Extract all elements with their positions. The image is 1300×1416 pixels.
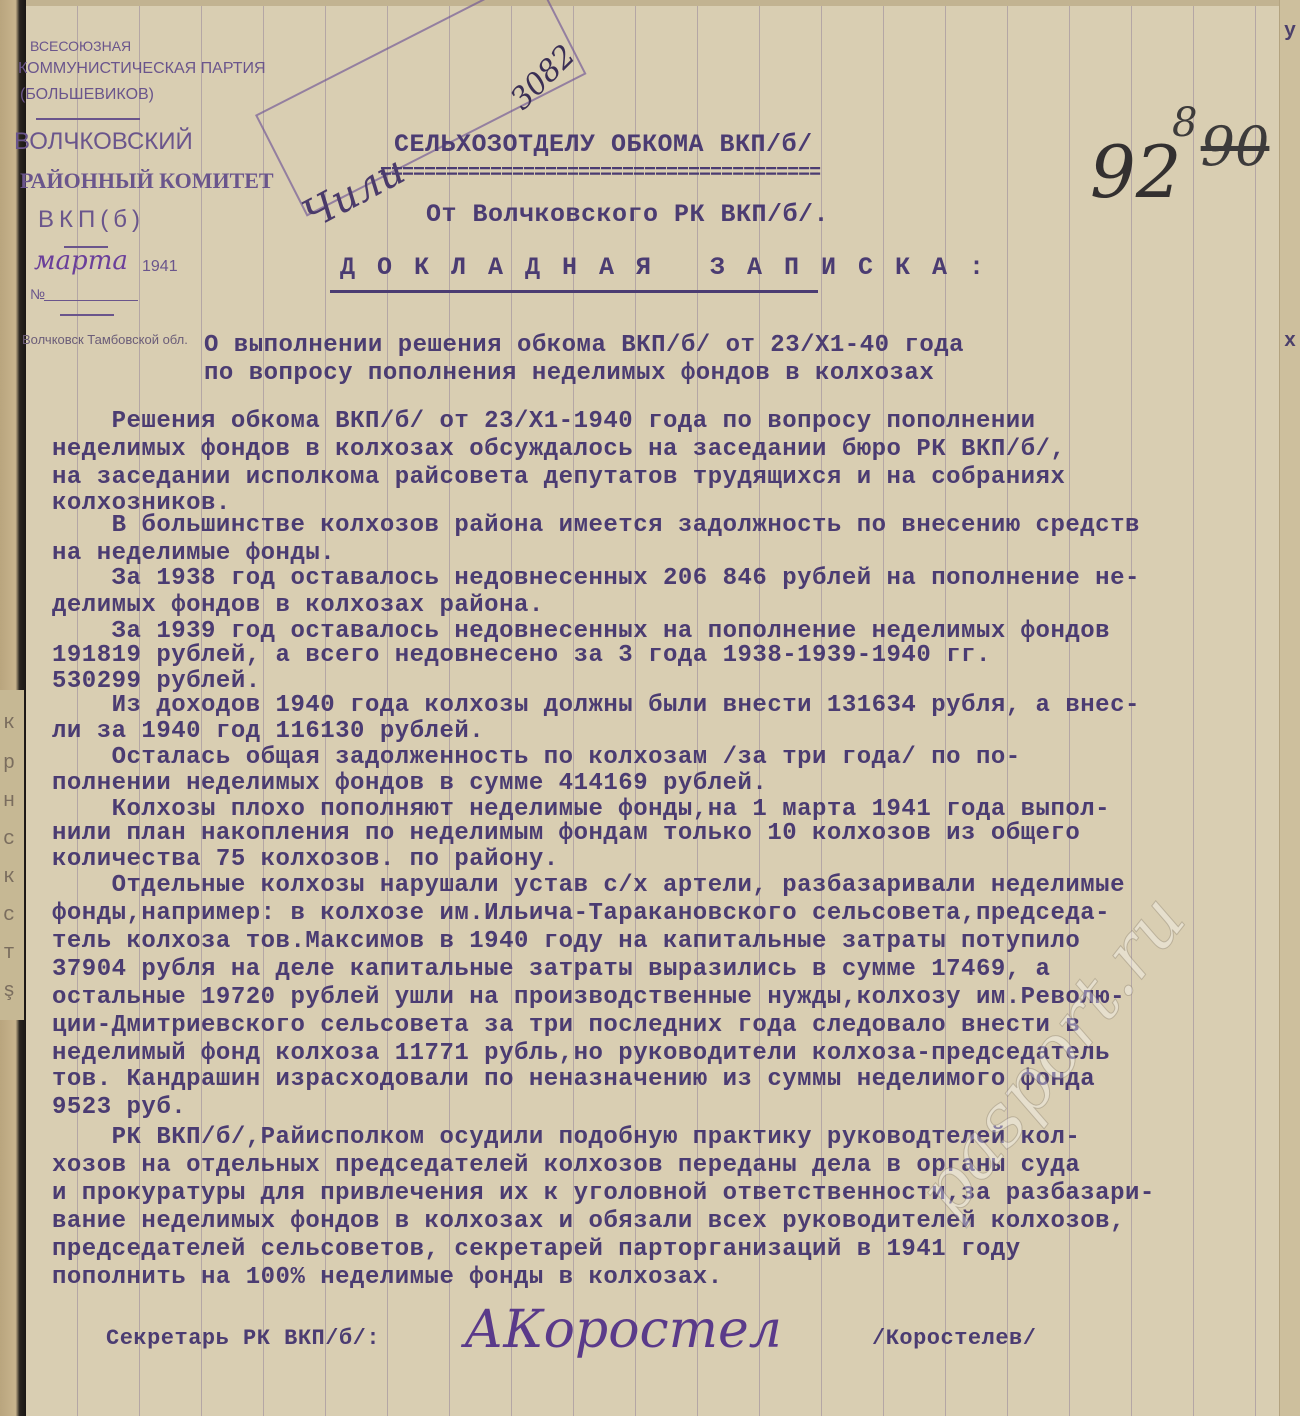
stamp-date-year: 1941	[142, 258, 178, 276]
body-line: количества 75 колхозов. по району.	[52, 846, 559, 873]
title-underline	[330, 290, 818, 293]
stamp-number-label: №	[30, 286, 45, 302]
body-line: За 1938 год оставалось недовнесенных 206…	[52, 565, 1140, 592]
body-line: фонды,например: в колхозе им.Ильича-Тара…	[52, 900, 1110, 927]
body-line: 191819 рублей, а всего недовнесено за 3 …	[52, 642, 991, 669]
body-line: остальные 19720 рублей ушли на производс…	[52, 984, 1125, 1011]
subject-line-1: О выполнении решения обкома ВКП/б/ от 23…	[204, 332, 964, 359]
body-line: председателей сельсоветов, секретарей па…	[52, 1236, 1021, 1263]
adjacent-page-edge: у х	[1279, 0, 1300, 1416]
signatory-name: /Коростелев/	[872, 1326, 1036, 1351]
body-line: Решения обкома ВКП/б/ от 23/Х1-1940 года…	[52, 408, 1036, 435]
body-line: Из доходов 1940 года колхозы должны были…	[52, 692, 1140, 719]
body-line: на заседании исполкома райсовета депутат…	[52, 464, 1065, 491]
subject-line-2: по вопросу пополнения неделимых фондов в…	[204, 360, 934, 387]
body-line: неделимый фонд колхоза 11771 рубль,но ру…	[52, 1040, 1110, 1067]
stamp-rule	[60, 314, 114, 316]
body-line: За 1939 год оставалось недовнесенных на …	[52, 618, 1110, 645]
body-line: 37904 рубля на деле капитальные затраты …	[52, 956, 1050, 983]
signature-role: Секретарь РК ВКП/б/:	[106, 1326, 380, 1351]
body-line: ли за 1940 год 116130 рублей.	[52, 718, 484, 745]
body-line: полнении неделимых фондов в сумме 414169…	[52, 770, 767, 797]
body-line: пополнить на 100% неделимые фонды в колх…	[52, 1264, 723, 1291]
body-line: Отдельные колхозы нарушали устав с/х арт…	[52, 872, 1125, 899]
body-line: тов. Кандрашин израсходовали по неназнач…	[52, 1066, 1095, 1093]
stamp-location: Волчковск Тамбовской обл.	[22, 332, 188, 347]
stamp-line-4: ВОЛЧКОВСКИЙ	[14, 128, 193, 156]
body-line: Колхозы плохо пополняют неделимые фонды,…	[52, 796, 1110, 823]
stamp-line-1: ВСЕСОЮЗНАЯ	[30, 38, 131, 54]
handwritten-signature: АКоростел	[464, 1300, 782, 1360]
body-line: нили план накопления по неделимым фондам…	[52, 820, 1080, 847]
body-line: на неделимые фонды.	[52, 540, 335, 567]
stamp-rule	[36, 118, 140, 120]
stamp-line-5: РАЙОННЫЙ КОМИТЕТ	[20, 168, 274, 194]
sender: От Волчковского РК ВКП/б/.	[426, 200, 829, 229]
body-line: делимых фондов в колхозах района.	[52, 592, 544, 619]
body-line: ции-Дмитриевского сельсовета за три посл…	[52, 1012, 1080, 1039]
page-number-current: 92	[1090, 130, 1182, 214]
stamp-line-6: ВКП(б)	[38, 206, 145, 234]
stamp-date-handwritten: марта	[34, 246, 128, 276]
document-title: ДОКЛАДНАЯ ЗАПИСКА:	[340, 253, 1006, 282]
body-line: тель колхоза тов.Максимов в 1940 году на…	[52, 928, 1080, 955]
body-line: неделимых фондов в колхозах обсуждалось …	[52, 436, 1065, 463]
addressee-separator: ========================================	[380, 162, 820, 185]
body-line: 530299 рублей.	[52, 668, 261, 695]
underlying-page-fragment: к р н с к с т ş	[0, 690, 24, 1020]
stamp-line-3: (БОЛЬШЕВИКОВ)	[20, 86, 154, 104]
stamp-line-2: КОММУНИСТИЧЕСКАЯ ПАРТИЯ	[18, 60, 266, 78]
body-line: В большинстве колхозов района имеется за…	[52, 512, 1140, 539]
body-line: 9523 руб.	[52, 1094, 186, 1121]
body-line: Осталась общая задолженность по колхозам…	[52, 744, 1021, 771]
addressee: СЕЛЬХОЗОТДЕЛУ ОБКОМА ВКП/б/	[394, 130, 813, 159]
stamp-dotted-rule	[44, 300, 138, 301]
